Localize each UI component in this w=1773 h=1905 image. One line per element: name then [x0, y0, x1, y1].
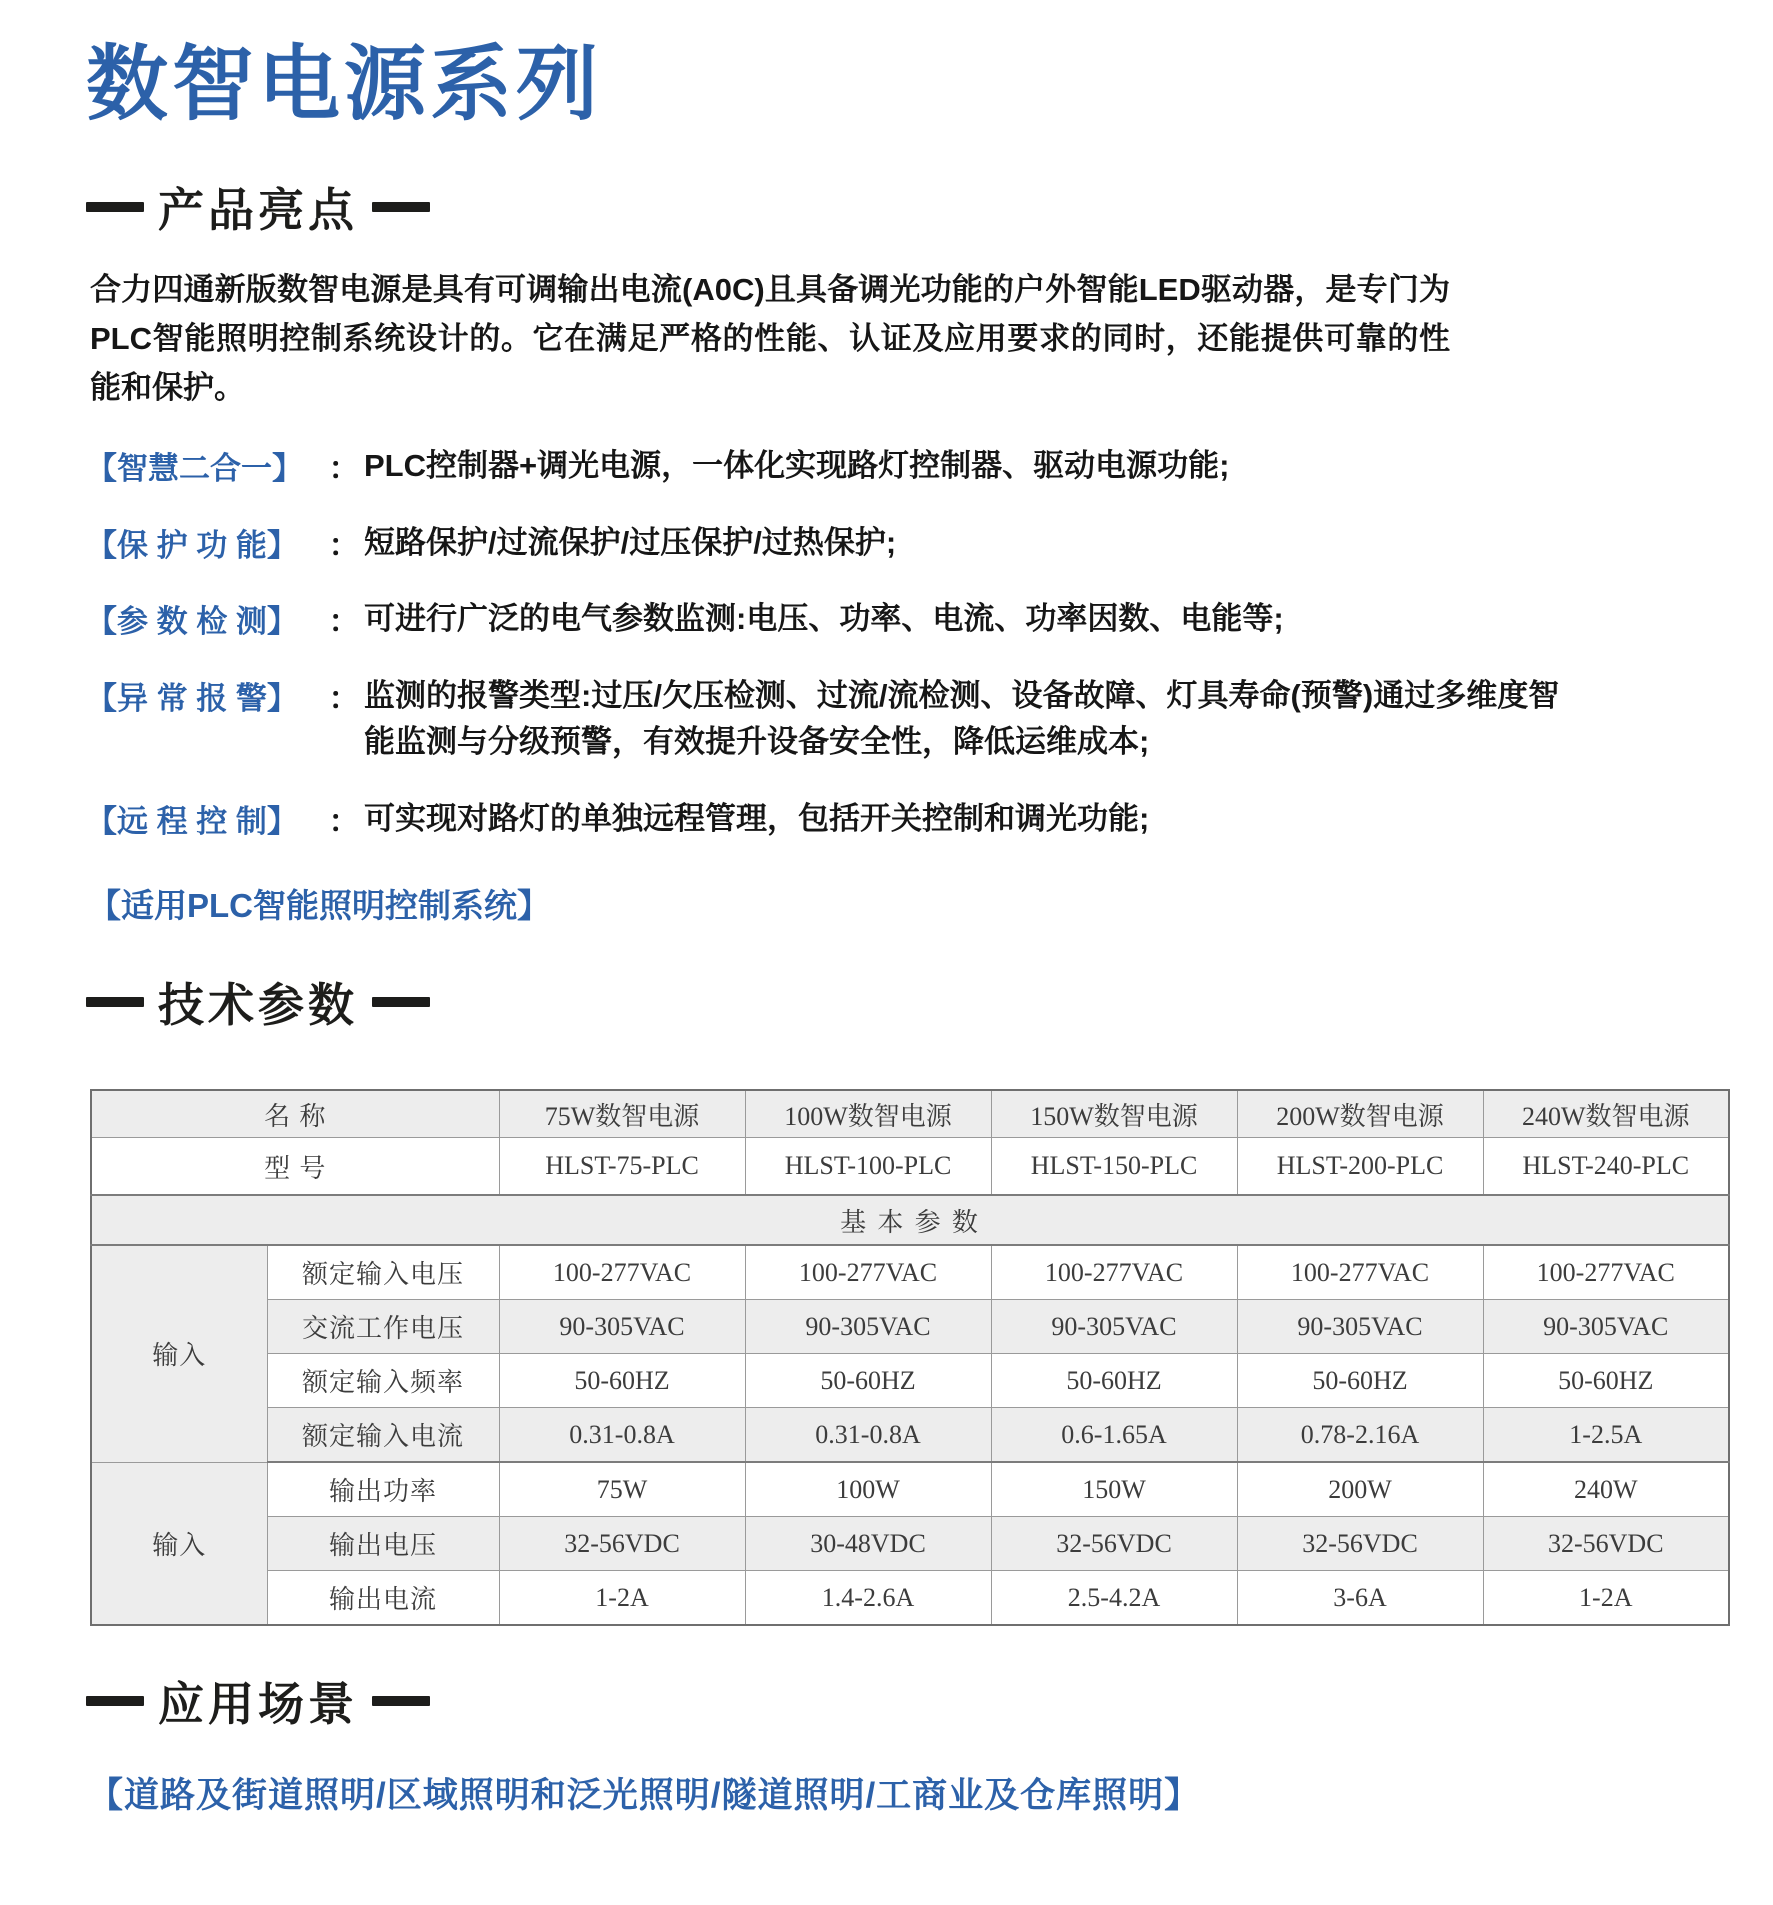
name-header-cell: 名 称: [91, 1090, 499, 1138]
bullet-colon: ：: [324, 443, 364, 488]
section-heading-highlights: 产品亮点: [86, 174, 1713, 240]
heading-dash-left: [86, 1696, 144, 1706]
model-cell: HLST-240-PLC: [1483, 1138, 1729, 1196]
value-cell: 90-305VAC: [1483, 1300, 1729, 1354]
bullet-protection: 【保 护 功 能】 ： 短路保护/过流保护/过压保护/过热保护;: [86, 520, 1566, 567]
value-cell: 32-56VDC: [1237, 1517, 1483, 1571]
row-label: 输出电压: [267, 1517, 499, 1571]
value-cell: 30-48VDC: [745, 1517, 991, 1571]
table-row: 输入 额定输入电压 100-277VAC 100-277VAC 100-277V…: [91, 1245, 1729, 1300]
value-cell: 32-56VDC: [991, 1517, 1237, 1571]
bullet-label: 【参 数 检 测】: [86, 596, 324, 641]
applications-heading: 应用场景: [158, 1668, 358, 1734]
value-cell: 90-305VAC: [991, 1300, 1237, 1354]
value-cell: 200W: [1237, 1462, 1483, 1517]
table-row: 交流工作电压 90-305VAC 90-305VAC 90-305VAC 90-…: [91, 1300, 1729, 1354]
value-cell: 1.4-2.6A: [745, 1571, 991, 1626]
bullet-colon: ：: [324, 796, 364, 841]
value-cell: 3-6A: [1237, 1571, 1483, 1626]
table-row-name: 名 称 75W数智电源 100W数智电源 150W数智电源 200W数智电源 2…: [91, 1090, 1729, 1138]
product-header: 100W数智电源: [745, 1090, 991, 1138]
bullet-text: 短路保护/过流保护/过压保护/过热保护;: [364, 520, 1566, 567]
value-cell: 150W: [991, 1462, 1237, 1517]
heading-dash-left: [86, 997, 144, 1007]
value-cell: 50-60HZ: [745, 1354, 991, 1408]
product-header: 200W数智电源: [1237, 1090, 1483, 1138]
value-cell: 100-277VAC: [745, 1245, 991, 1300]
specs-heading: 技术参数: [158, 969, 358, 1035]
row-label: 额定输入频率: [267, 1354, 499, 1408]
spec-table: 名 称 75W数智电源 100W数智电源 150W数智电源 200W数智电源 2…: [90, 1089, 1730, 1626]
value-cell: 100-277VAC: [499, 1245, 745, 1300]
value-cell: 100-277VAC: [1237, 1245, 1483, 1300]
model-cell: HLST-200-PLC: [1237, 1138, 1483, 1196]
value-cell: 50-60HZ: [991, 1354, 1237, 1408]
value-cell: 240W: [1483, 1462, 1729, 1517]
model-cell: HLST-75-PLC: [499, 1138, 745, 1196]
bullet-remote-control: 【远 程 控 制】 ： 可实现对路灯的单独远程管理，包括开关控制和调光功能;: [86, 796, 1566, 843]
model-cell: HLST-100-PLC: [745, 1138, 991, 1196]
value-cell: 1-2A: [499, 1571, 745, 1626]
highlights-heading: 产品亮点: [158, 174, 358, 240]
table-row-model: 型 号 HLST-75-PLC HLST-100-PLC HLST-150-PL…: [91, 1138, 1729, 1196]
value-cell: 50-60HZ: [1237, 1354, 1483, 1408]
bullet-smart-2in1: 【智慧二合一】 ： PLC控制器+调光电源，一体化实现路灯控制器、驱动电源功能;: [86, 443, 1566, 490]
value-cell: 100-277VAC: [991, 1245, 1237, 1300]
feature-bullet-list: 【智慧二合一】 ： PLC控制器+调光电源，一体化实现路灯控制器、驱动电源功能;…: [86, 443, 1713, 842]
row-label: 输出电流: [267, 1571, 499, 1626]
bullet-colon: ：: [324, 673, 364, 718]
document-page: 数智电源系列 产品亮点 合力四通新版数智电源是具有可调输出电流(A0C)且具备调…: [0, 0, 1773, 1818]
heading-dash-right: [372, 202, 430, 212]
bullet-text: PLC控制器+调光电源，一体化实现路灯控制器、驱动电源功能;: [364, 443, 1566, 490]
bullet-abnormal-alarm: 【异 常 报 警】 ： 监测的报警类型:过压/欠压检测、过流/流检测、设备故障、…: [86, 673, 1566, 766]
bullet-label: 【保 护 功 能】: [86, 520, 324, 565]
product-header: 75W数智电源: [499, 1090, 745, 1138]
value-cell: 50-60HZ: [1483, 1354, 1729, 1408]
value-cell: 90-305VAC: [1237, 1300, 1483, 1354]
applications-list: 【道路及街道照明/区域照明和泛光照明/隧道照明/工商业及仓库照明】: [88, 1768, 1713, 1818]
value-cell: 100-277VAC: [1483, 1245, 1729, 1300]
heading-dash-left: [86, 202, 144, 212]
section-heading-applications: 应用场景: [86, 1668, 1713, 1734]
value-cell: 2.5-4.2A: [991, 1571, 1237, 1626]
value-cell: 0.78-2.16A: [1237, 1408, 1483, 1463]
row-label: 交流工作电压: [267, 1300, 499, 1354]
table-row: 额定输入电流 0.31-0.8A 0.31-0.8A 0.6-1.65A 0.7…: [91, 1408, 1729, 1463]
table-row-section: 基 本 参 数: [91, 1195, 1729, 1245]
table-row: 额定输入频率 50-60HZ 50-60HZ 50-60HZ 50-60HZ 5…: [91, 1354, 1729, 1408]
model-header-cell: 型 号: [91, 1138, 499, 1196]
table-row: 输出电压 32-56VDC 30-48VDC 32-56VDC 32-56VDC…: [91, 1517, 1729, 1571]
bullet-colon: ：: [324, 596, 364, 641]
value-cell: 1-2.5A: [1483, 1408, 1729, 1463]
value-cell: 1-2A: [1483, 1571, 1729, 1626]
value-cell: 75W: [499, 1462, 745, 1517]
intro-paragraph: 合力四通新版数智电源是具有可调输出电流(A0C)且具备调光功能的户外智能LED驱…: [90, 266, 1450, 413]
row-label: 输出功率: [267, 1462, 499, 1517]
bullet-label: 【异 常 报 警】: [86, 673, 324, 718]
bullet-label: 【智慧二合一】: [86, 443, 324, 488]
value-cell: 90-305VAC: [745, 1300, 991, 1354]
section-heading-specs: 技术参数: [86, 969, 1713, 1035]
bullet-parameter-monitor: 【参 数 检 测】 ： 可进行广泛的电气参数监测:电压、功率、电流、功率因数、电…: [86, 596, 1566, 643]
bullet-text: 可进行广泛的电气参数监测:电压、功率、电流、功率因数、电能等;: [364, 596, 1566, 643]
row-label: 额定输入电压: [267, 1245, 499, 1300]
value-cell: 0.31-0.8A: [499, 1408, 745, 1463]
group-label-cell: 输入: [91, 1462, 267, 1625]
page-title: 数智电源系列: [86, 38, 1713, 132]
value-cell: 0.31-0.8A: [745, 1408, 991, 1463]
value-cell: 90-305VAC: [499, 1300, 745, 1354]
table-row: 输入 输出功率 75W 100W 150W 200W 240W: [91, 1462, 1729, 1517]
value-cell: 50-60HZ: [499, 1354, 745, 1408]
value-cell: 32-56VDC: [1483, 1517, 1729, 1571]
bullet-text: 可实现对路灯的单独远程管理，包括开关控制和调光功能;: [364, 796, 1566, 843]
group-label-cell: 输入: [91, 1245, 267, 1462]
value-cell: 100W: [745, 1462, 991, 1517]
product-header: 240W数智电源: [1483, 1090, 1729, 1138]
product-header: 150W数智电源: [991, 1090, 1237, 1138]
bullet-colon: ：: [324, 520, 364, 565]
bullet-text: 监测的报警类型:过压/欠压检测、过流/流检测、设备故障、灯具寿命(预警)通过多维…: [364, 673, 1566, 766]
row-label: 额定输入电流: [267, 1408, 499, 1463]
applicable-systems-note: 【适用PLC智能照明控制系统】: [88, 880, 1713, 927]
value-cell: 0.6-1.65A: [991, 1408, 1237, 1463]
model-cell: HLST-150-PLC: [991, 1138, 1237, 1196]
bullet-label: 【远 程 控 制】: [86, 796, 324, 841]
table-row: 输出电流 1-2A 1.4-2.6A 2.5-4.2A 3-6A 1-2A: [91, 1571, 1729, 1626]
value-cell: 32-56VDC: [499, 1517, 745, 1571]
basic-params-cell: 基 本 参 数: [91, 1195, 1729, 1245]
heading-dash-right: [372, 1696, 430, 1706]
heading-dash-right: [372, 997, 430, 1007]
